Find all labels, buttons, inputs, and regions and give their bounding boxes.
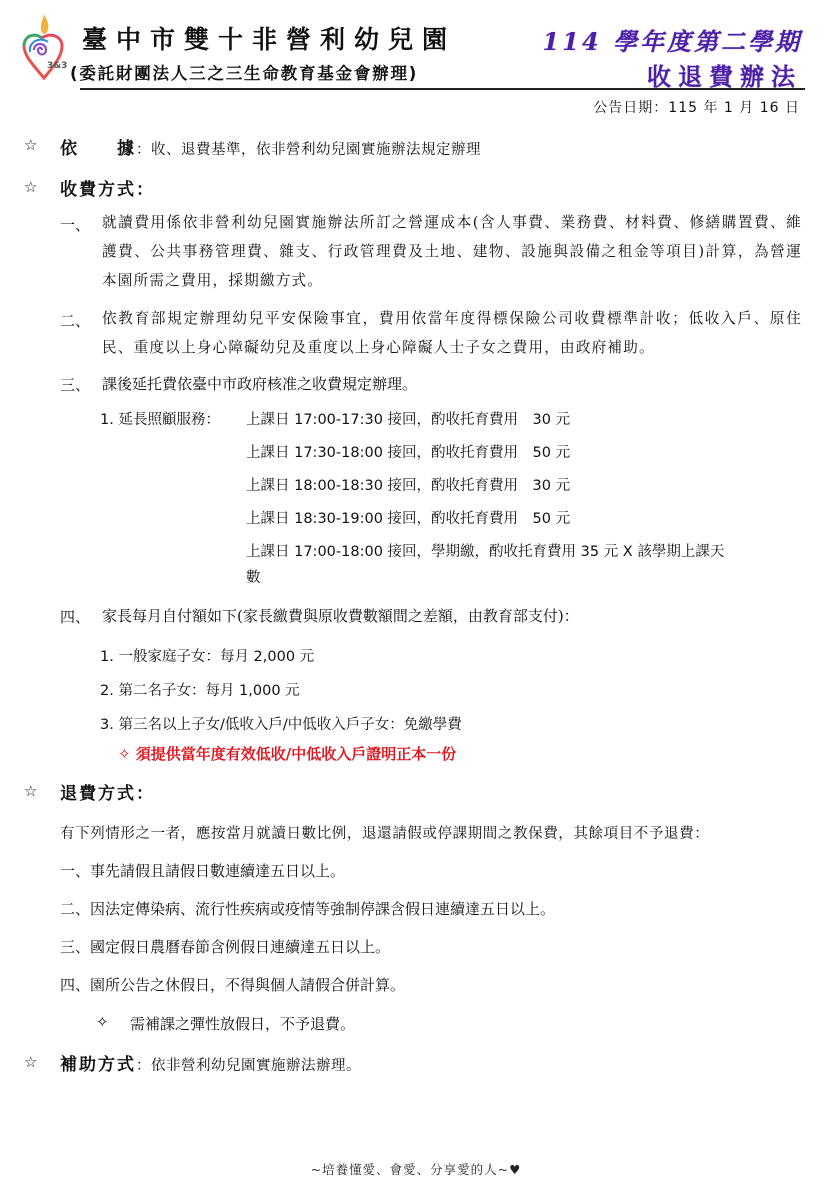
item-number: 二、 <box>60 310 90 331</box>
low-income-proof-note: ✧ 須提供當年度有效低收/中低收入戶證明正本一份 <box>118 743 456 764</box>
item-number: 四、 <box>60 606 90 627</box>
extended-care-fee: 上課日 17:30-18:00 接回，酌收托育費用 50 元 <box>246 441 570 462</box>
heart-icon: ♥ <box>509 1162 521 1177</box>
extended-care-fee: 上課日 17:00-17:30 接回，酌收托育費用 30 元 <box>246 408 570 429</box>
refund-item: 二、因法定傳染病、流行性疾病或疫情等強制停課含假日連續達五日以上。 <box>60 898 555 919</box>
section-subsidy-title: 補助方式 <box>60 1055 136 1075</box>
refund-item: 四、園所公告之休假日，不得與個人請假合併計算。 <box>60 974 405 995</box>
charging-item-3: 課後延托費依臺中市政府核准之收費規定辦理。 <box>102 373 417 394</box>
star-bullet-icon: ☆ <box>24 178 37 196</box>
item-number: 三、 <box>60 374 90 395</box>
refund-intro: 有下列情形之一者，應按當月就讀日數比例，退還請假或停課期間之教保費，其餘項目不予… <box>60 822 709 843</box>
star-bullet-icon: ☆ <box>24 136 37 154</box>
charging-item-2: 依教育部規定辦理幼兒平安保險事宜，費用依當年度得標保險公司收費標準計收；低收入戶… <box>102 304 802 362</box>
kindergarten-logo-icon: 3&3 <box>16 12 72 84</box>
parent-fee-item: 2. 第二名子女：每月 1,000 元 <box>100 679 300 700</box>
document-title: 收退費辦法 <box>647 57 802 92</box>
document-header: 3&3 臺中市雙十非營利幼兒園 (委託財團法人三之三生命教育基金會辦理) 114… <box>0 0 832 120</box>
parent-fee-item: 1. 一般家庭子女：每月 2,000 元 <box>100 645 314 666</box>
refund-item: 一、事先請假且請假日數連續達五日以上。 <box>60 860 345 881</box>
star-bullet-icon: ☆ <box>24 1053 37 1071</box>
section-subsidy: 補助方式：依非營利幼兒園實施辦法辦理。 <box>60 1050 361 1075</box>
refund-note: 需補課之彈性放假日，不予退費。 <box>130 1013 355 1034</box>
charging-item-4: 家長每月自付額如下(家長繳費與原收費數額間之差額，由教育部支付)： <box>102 605 579 626</box>
slogan-text: ~培養懂愛、會愛、分享愛的人~ <box>311 1162 509 1177</box>
diamond-bullet-icon: ✧ <box>96 1013 109 1031</box>
extended-care-label: 1. 延長照顧服務： <box>100 408 220 429</box>
publish-date: 公告日期：115 年 1 月 16 日 <box>593 97 800 117</box>
star-bullet-icon: ☆ <box>24 782 37 800</box>
section-basis: 依 據：收、退費基準，依非營利幼兒園實施辦法規定辦理 <box>60 134 481 159</box>
refund-item: 三、國定假日農曆春節含例假日連續達五日以上。 <box>60 936 390 957</box>
org-subtitle: (委託財團法人三之三生命教育基金會辦理) <box>70 60 418 84</box>
section-basis-title: 依 據 <box>60 139 136 159</box>
extended-care-fee: 上課日 18:00-18:30 接回，酌收托育費用 30 元 <box>246 474 570 495</box>
org-name: 臺中市雙十非營利幼兒園 <box>82 20 456 56</box>
extended-care-fee: 上課日 18:30-19:00 接回，酌收托育費用 50 元 <box>246 507 570 528</box>
section-basis-text: ：收、退費基準，依非營利幼兒園實施辦法規定辦理 <box>136 142 481 158</box>
footer-slogan: ~培養懂愛、會愛、分享愛的人~♥ <box>0 1160 832 1178</box>
svg-text:3&3: 3&3 <box>47 61 67 71</box>
item-number: 一、 <box>60 214 90 235</box>
section-charging-title: 收費方式： <box>60 175 155 200</box>
charging-item-1: 就讀費用係依非營利幼兒園實施辦法所訂之營運成本(含人事費、業務費、材料費、修繕購… <box>102 208 802 295</box>
section-refund-title: 退費方式： <box>60 779 155 804</box>
extended-care-fee: 上課日 17:00-18:00 接回，學期繳，酌收托育費用 35 元 X 該學期… <box>246 540 724 561</box>
extended-care-fee-cont: 數 <box>246 566 261 587</box>
section-subsidy-text: ：依非營利幼兒園實施辦法辦理。 <box>136 1058 361 1074</box>
document-title-semester: 114 學年度第二學期 <box>543 22 802 57</box>
parent-fee-item: 3. 第三名以上子女/低收入戶/中低收入戶子女：免繳學費 <box>100 713 462 734</box>
